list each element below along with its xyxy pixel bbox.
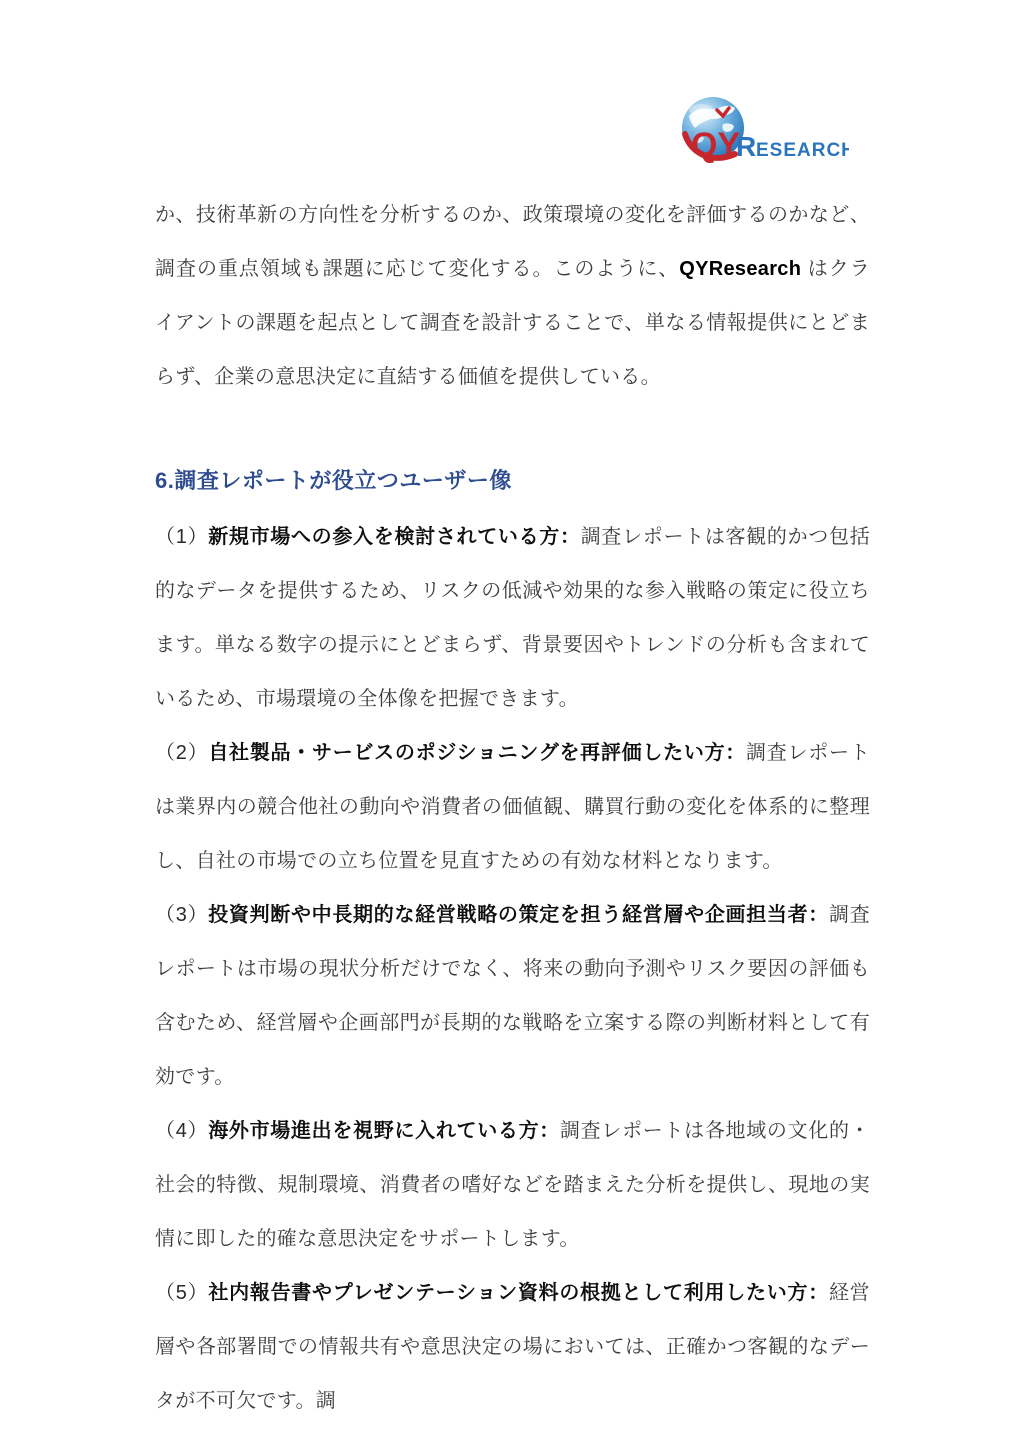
qyresearch-logo: QY R ESEARCH bbox=[679, 92, 849, 172]
item-number: （4） bbox=[155, 1120, 208, 1142]
brand-name: QYResearch bbox=[679, 258, 801, 280]
item-label: 新規市場への参入を検討されている方： bbox=[208, 526, 580, 548]
logo-text: QY R ESEARCH bbox=[691, 126, 849, 164]
logo-text-r: R bbox=[736, 131, 756, 162]
item-number: （3） bbox=[155, 904, 208, 926]
user-item-2: （2）自社製品・サービスのポジショニングを再評価したい方：調査レポートは業界内の… bbox=[155, 726, 870, 888]
document-content: か、技術革新の方向性を分析するのか、政策環境の変化を評価するのかなど、調査の重点… bbox=[155, 188, 870, 1428]
item-label: 自社製品・サービスのポジショニングを再評価したい方： bbox=[208, 742, 746, 764]
user-item-3: （3）投資判断や中長期的な経営戦略の策定を担う経営層や企画担当者：調査レポートは… bbox=[155, 888, 870, 1104]
section-heading: 6.調査レポートが役立つユーザー像 bbox=[155, 465, 870, 497]
item-number: （5） bbox=[155, 1282, 208, 1304]
item-number: （1） bbox=[155, 526, 208, 548]
user-item-5: （5）社内報告書やプレゼンテーション資料の根拠として利用したい方：経営層や各部署… bbox=[155, 1266, 870, 1428]
user-item-1: （1）新規市場への参入を検討されている方：調査レポートは客観的かつ包括的なデータ… bbox=[155, 510, 870, 726]
document-page: QY R ESEARCH か、技術革新の方向性を分析するのか、政策環境の変化を評… bbox=[0, 0, 1024, 1448]
item-text: 調査レポートは客観的かつ包括的なデータを提供するため、リスクの低減や効果的な参入… bbox=[155, 526, 870, 710]
item-text: 調査レポートは市場の現状分析だけでなく、将来の動向予測やリスク要因の評価も含むた… bbox=[155, 904, 870, 1088]
qyresearch-logo-graphic: QY R ESEARCH bbox=[679, 92, 849, 172]
user-profile-list: （1）新規市場への参入を検討されている方：調査レポートは客観的かつ包括的なデータ… bbox=[155, 510, 870, 1428]
item-label: 社内報告書やプレゼンテーション資料の根拠として利用したい方： bbox=[208, 1282, 829, 1304]
logo-text-esearch: ESEARCH bbox=[756, 140, 849, 161]
logo-text-qy: QY bbox=[691, 126, 740, 164]
intro-paragraph: か、技術革新の方向性を分析するのか、政策環境の変化を評価するのかなど、調査の重点… bbox=[155, 188, 870, 404]
item-number: （2） bbox=[155, 742, 208, 764]
user-item-4: （4）海外市場進出を視野に入れている方：調査レポートは各地域の文化的・社会的特徴… bbox=[155, 1104, 870, 1266]
item-label: 投資判断や中長期的な経営戦略の策定を担う経営層や企画担当者： bbox=[208, 904, 829, 926]
item-label: 海外市場進出を視野に入れている方： bbox=[208, 1120, 560, 1142]
